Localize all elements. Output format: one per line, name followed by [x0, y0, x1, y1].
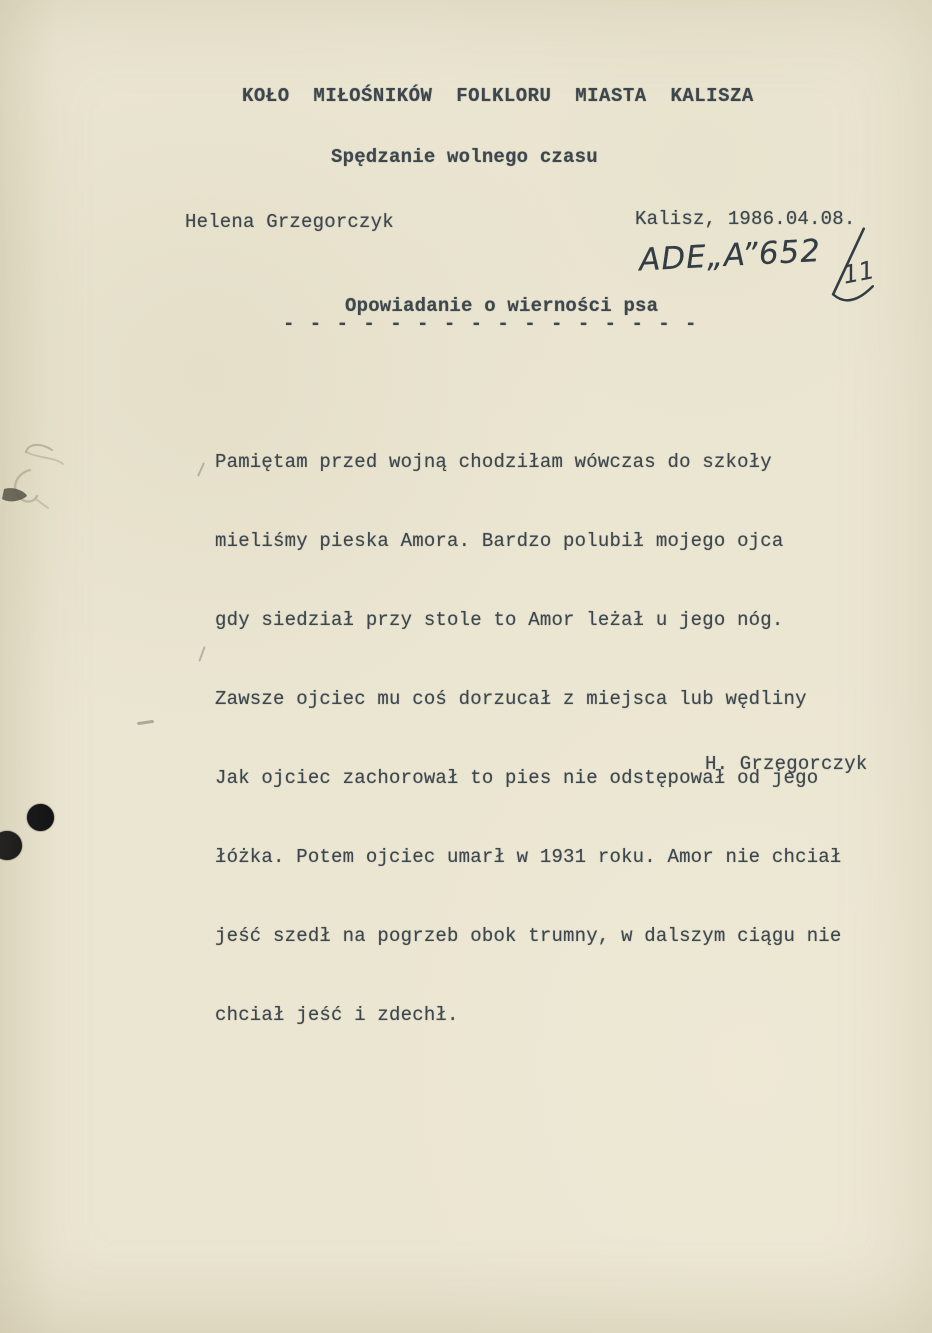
place-and-date: Kalisz, 1986.04.08.: [635, 209, 855, 229]
annotation-fraction: 11: [818, 226, 888, 309]
author-name: Helena Grzegorczyk: [185, 212, 394, 232]
title-underline-dashes: - - - - - - - - - - - - - - - -: [283, 314, 696, 334]
pencil-tick-mark: [197, 462, 205, 477]
body-line: chciał jeść i zdechł.: [215, 996, 842, 1035]
story-body: Pamiętam przed wojną chodziłam wówczas d…: [215, 403, 842, 1075]
signature: H. Grzegorczyk: [705, 754, 867, 774]
document-subtitle: Spędzanie wolnego czasu: [331, 147, 598, 167]
annotation-text: ADE„A”652: [638, 233, 822, 278]
body-line: jeść szedł na pogrzeb obok trumny, w dal…: [215, 917, 842, 956]
ink-dot: [27, 804, 54, 831]
scanned-document-page: KOŁO MIŁOŚNIKÓW FOLKLORU MIASTA KALISZA …: [0, 0, 932, 1333]
pencil-tick-mark: [198, 646, 205, 662]
pencil-scribble-mark: [0, 438, 72, 520]
ink-dot: [0, 831, 22, 860]
body-line: gdy siedział przy stole to Amor leżał u …: [215, 601, 842, 640]
annotation-underline-curve: [833, 286, 874, 301]
body-line: Pamiętam przed wojną chodziłam wówczas d…: [215, 443, 842, 482]
organization-header: KOŁO MIŁOŚNIKÓW FOLKLORU MIASTA KALISZA: [242, 86, 754, 106]
paper-smudge: [137, 720, 154, 725]
annotation-denominator: 11: [840, 255, 877, 290]
body-line: mieliśmy pieska Amora. Bardzo polubił mo…: [215, 522, 842, 561]
handwritten-archive-annotation: ADE„A”652 11: [638, 230, 888, 319]
body-line: Zawsze ojciec mu coś dorzucał z miejsca …: [215, 680, 842, 719]
body-line: łóżka. Potem ojciec umarł w 1931 roku. A…: [215, 838, 842, 877]
